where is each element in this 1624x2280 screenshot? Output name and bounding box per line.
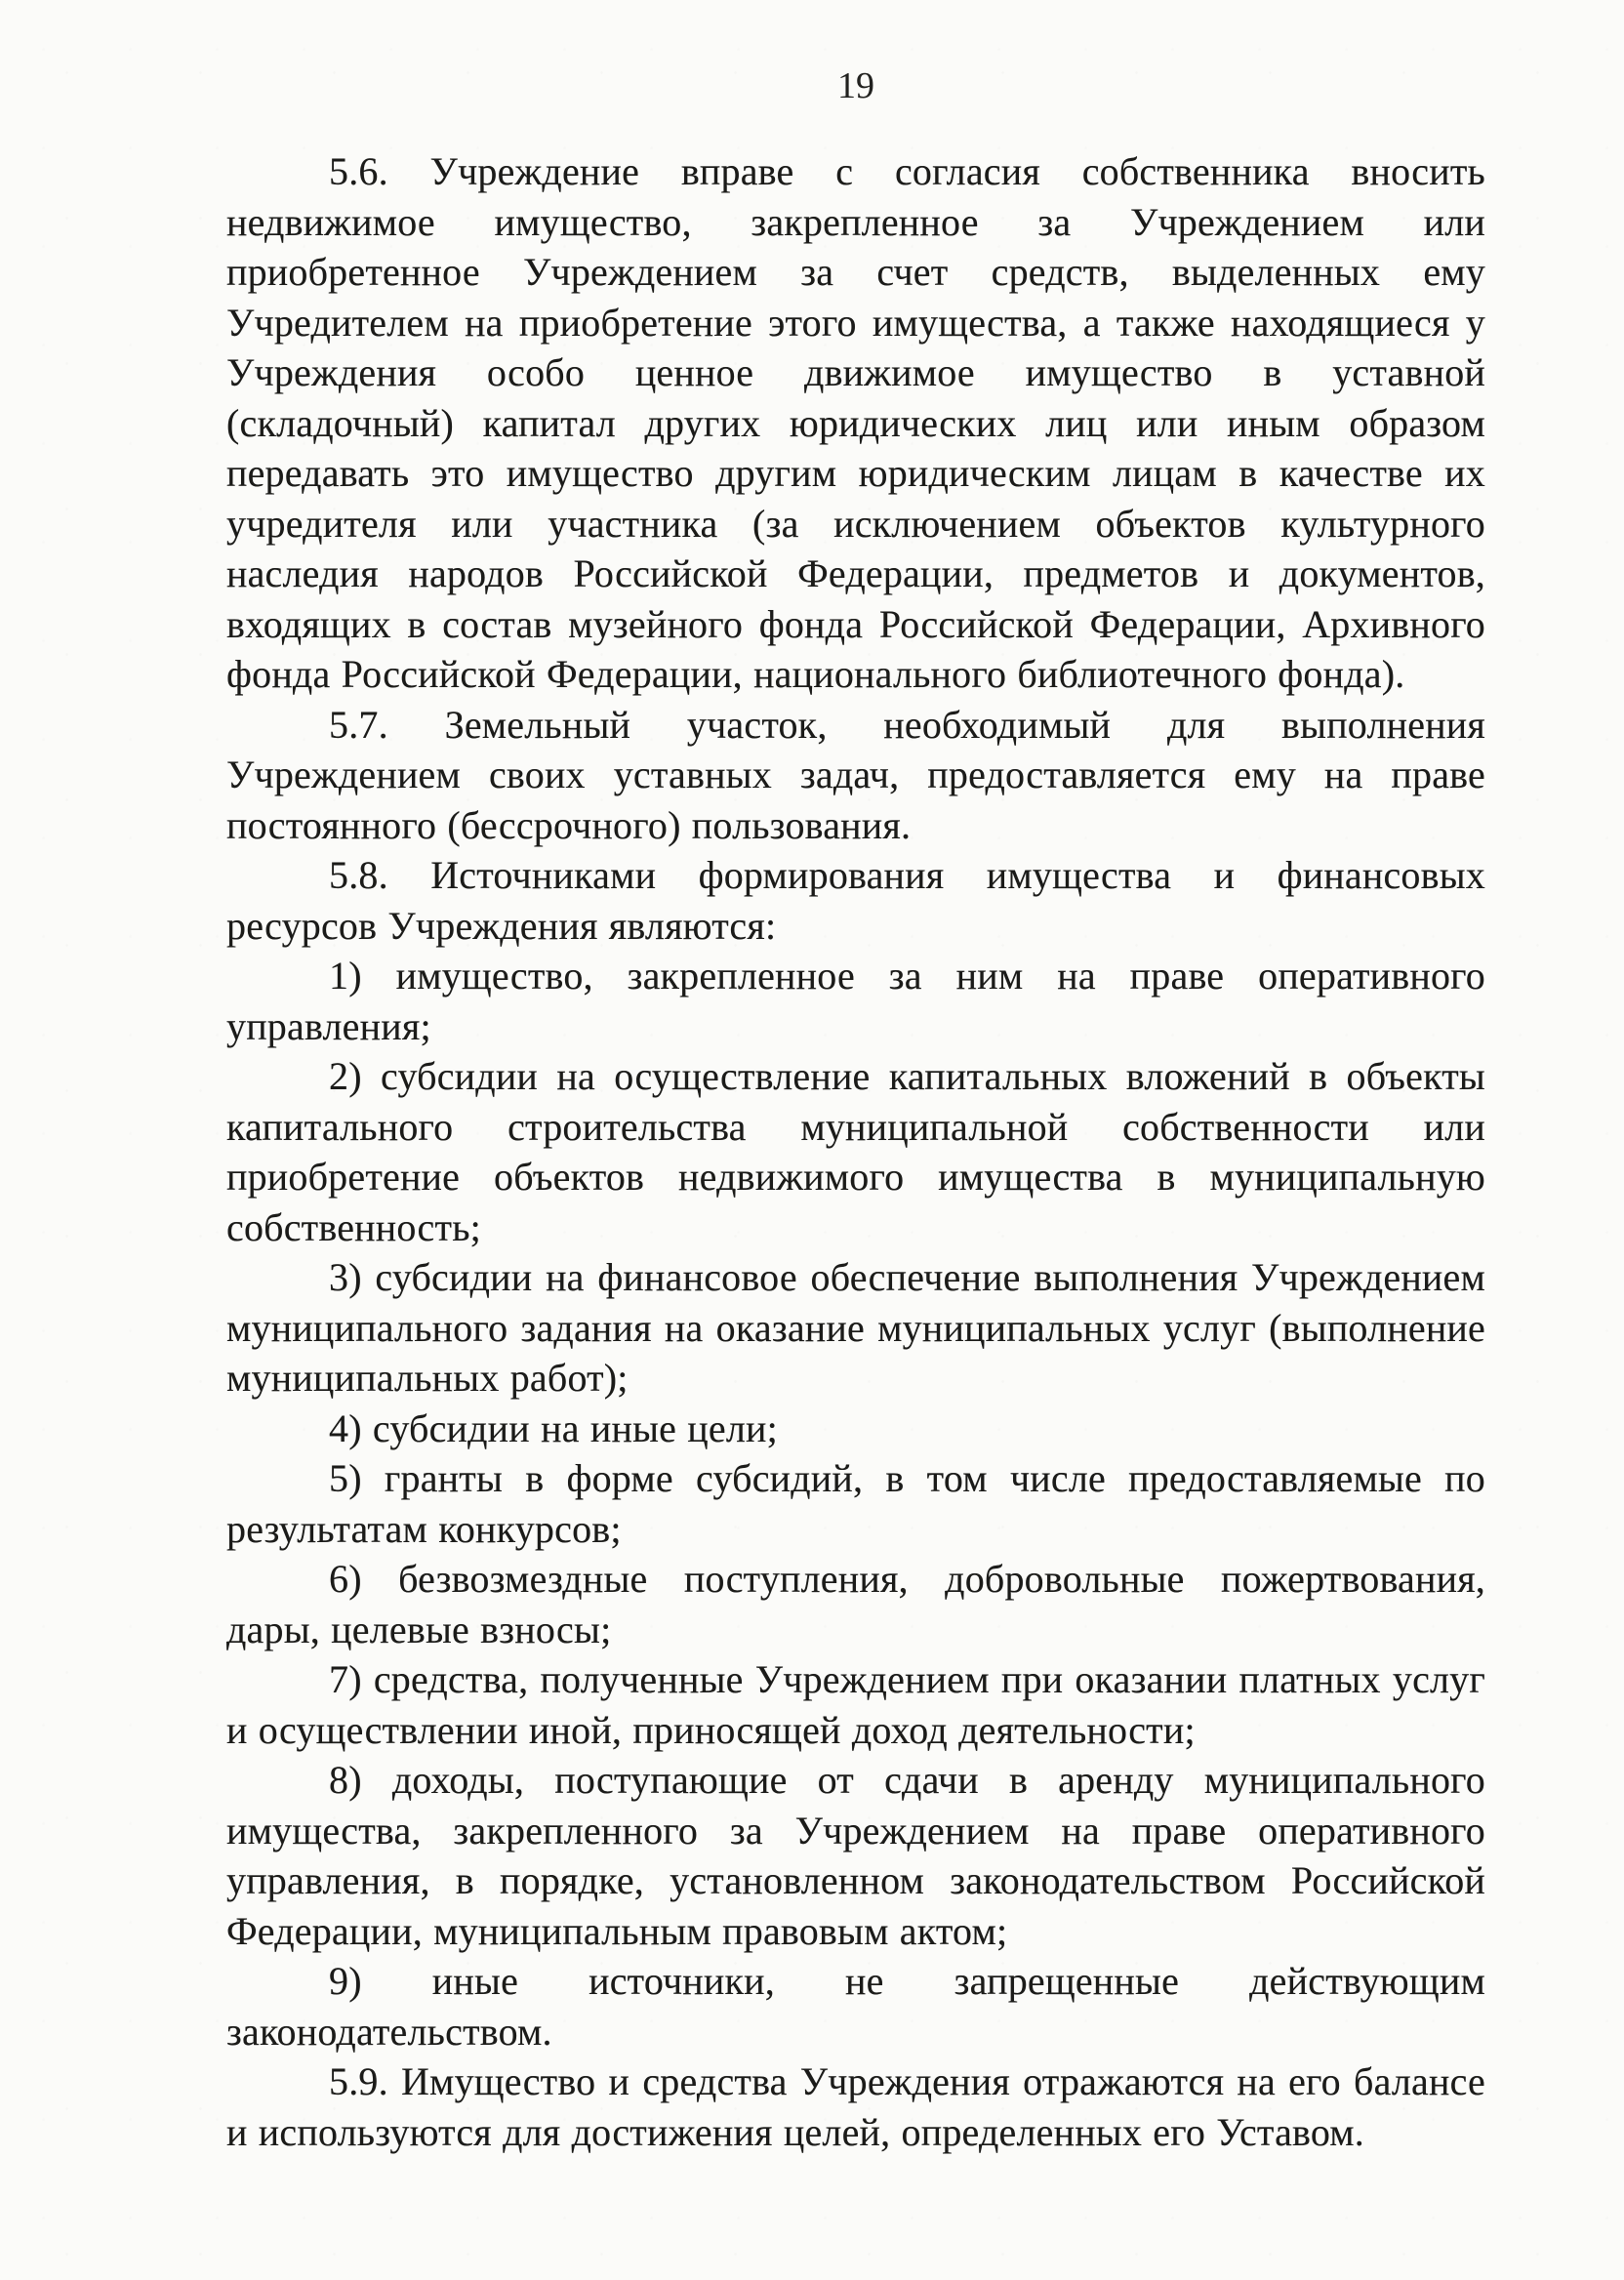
paragraph-5-8: 5.8. Источниками формирования имущества … xyxy=(226,850,1485,951)
page-number: 19 xyxy=(226,64,1485,107)
document-page: 19 5.6. Учреждение вправе с согласия соб… xyxy=(0,0,1624,2280)
paragraph-5-7: 5.7. Земельный участок, необходимый для … xyxy=(226,700,1485,851)
list-item-5: 5) гранты в форме субсидий, в том числе … xyxy=(226,1453,1485,1554)
paragraph-5-9: 5.9. Имущество и средства Учреждения отр… xyxy=(226,2056,1485,2157)
list-item-2: 2) субсидии на осуществление капитальных… xyxy=(226,1051,1485,1252)
document-body: 5.6. Учреждение вправе с согласия собств… xyxy=(226,146,1485,2157)
list-item-8: 8) доходы, поступающие от сдачи в аренду… xyxy=(226,1755,1485,1956)
list-item-7: 7) средства, полученные Учреждением при … xyxy=(226,1654,1485,1755)
list-item-3: 3) субсидии на финансовое обеспечение вы… xyxy=(226,1252,1485,1404)
list-item-9: 9) иные источники, не запрещенные действ… xyxy=(226,1956,1485,2056)
list-item-1: 1) имущество, закрепленное за ним на пра… xyxy=(226,951,1485,1051)
list-item-6: 6) безвозмездные поступления, добровольн… xyxy=(226,1554,1485,1654)
list-item-4: 4) субсидии на иные цели; xyxy=(226,1404,1485,1454)
paragraph-5-6: 5.6. Учреждение вправе с согласия собств… xyxy=(226,146,1485,700)
